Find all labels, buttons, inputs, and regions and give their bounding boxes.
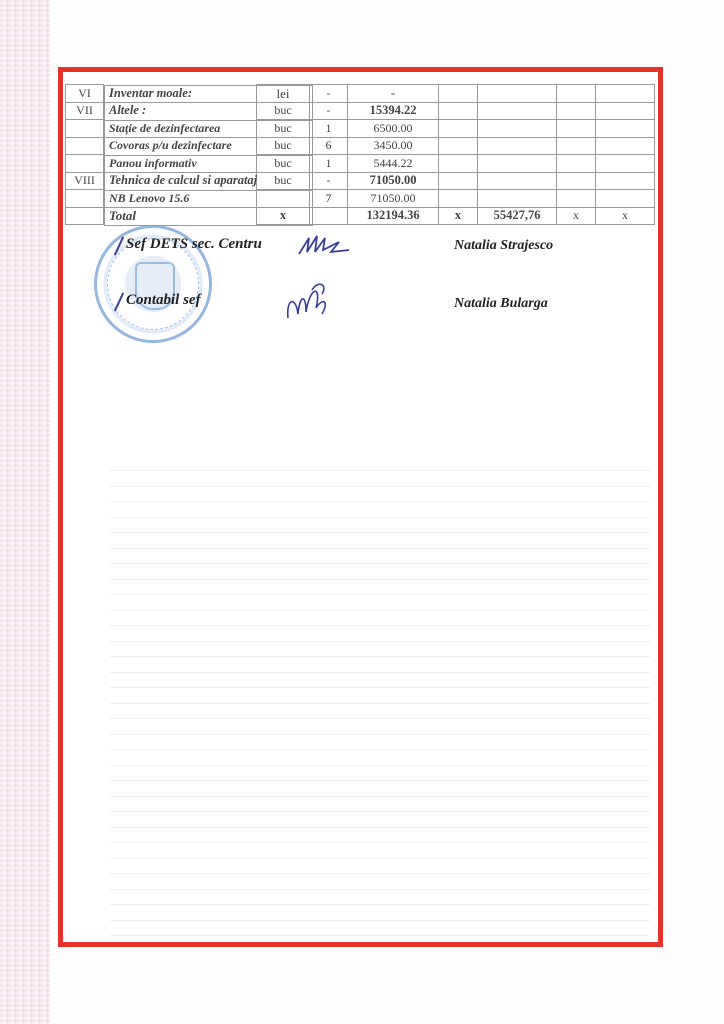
row-number: VIII <box>66 172 104 190</box>
quantity: - <box>310 102 348 120</box>
amount: 5444.22 <box>348 155 439 173</box>
col-9 <box>596 155 655 173</box>
amount: 3450.00 <box>348 137 439 155</box>
signatory-name-2: Natalia Bularga <box>454 296 548 312</box>
amount: 71050.00 <box>348 190 439 208</box>
col-9 <box>596 137 655 155</box>
scan-edge-strip <box>0 0 50 1024</box>
col-7 <box>478 85 557 103</box>
item-name: Panou informativ <box>104 155 313 174</box>
total-col-8: x <box>557 207 596 225</box>
col-6 <box>439 102 478 120</box>
table-row: VIInventar moale:lei-- <box>66 85 655 103</box>
total-qty <box>310 207 348 225</box>
row-number <box>66 190 104 208</box>
quantity: - <box>310 172 348 190</box>
col-6 <box>439 172 478 190</box>
inventory-table: VIInventar moale:lei--VIIAltele :buc-153… <box>65 84 655 225</box>
row-number <box>66 120 104 138</box>
col-9 <box>596 120 655 138</box>
col-8 <box>557 102 596 120</box>
item-name: NB Lenovo 15.6 <box>104 190 313 209</box>
amount: - <box>348 85 439 103</box>
col-7 <box>478 155 557 173</box>
signatory-name-1: Natalia Strajesco <box>454 238 553 254</box>
col-9 <box>596 102 655 120</box>
row-number: VII <box>66 102 104 120</box>
col-8 <box>557 172 596 190</box>
signature-role-1: Sef DETS sec. Centru <box>126 236 262 253</box>
row-number <box>66 137 104 155</box>
col-7 <box>478 102 557 120</box>
table-row: Panou informativbuc15444.22 <box>66 155 655 173</box>
signature-2-icon <box>282 278 342 328</box>
quantity: 1 <box>310 120 348 138</box>
total-col-9: x <box>596 207 655 225</box>
amount: 71050.00 <box>348 172 439 190</box>
col-8 <box>557 155 596 173</box>
total-col-7: 55427,76 <box>478 207 557 225</box>
quantity: 1 <box>310 155 348 173</box>
col-8 <box>557 85 596 103</box>
total-sum: 132194.36 <box>348 207 439 225</box>
col-7 <box>478 190 557 208</box>
table-row: VIIAltele :buc-15394.22 <box>66 102 655 120</box>
table-row: Covoras p/u dezinfectarebuc63450.00 <box>66 137 655 155</box>
table-row: Staţie de dezinfectareabuc16500.00 <box>66 120 655 138</box>
col-6 <box>439 137 478 155</box>
col-6 <box>439 190 478 208</box>
item-name: Staţie de dezinfectarea <box>104 120 313 139</box>
col-8 <box>557 120 596 138</box>
col-8 <box>557 190 596 208</box>
row-number <box>66 155 104 173</box>
col-9 <box>596 190 655 208</box>
quantity: 7 <box>310 190 348 208</box>
col-7 <box>478 137 557 155</box>
amount: 15394.22 <box>348 102 439 120</box>
col-9 <box>596 172 655 190</box>
table-row: VIIITehnica de calcul si aparatajbuc-710… <box>66 172 655 190</box>
total-row: Totalx132194.36x55427,76xx <box>66 207 655 225</box>
table-row: NB Lenovo 15.6771050.00 <box>66 190 655 208</box>
col-6 <box>439 120 478 138</box>
item-name: Inventar moale: <box>104 85 313 104</box>
item-name: Tehnica de calcul si aparataj <box>104 172 313 191</box>
total-label: Total <box>104 207 313 226</box>
col-8 <box>557 137 596 155</box>
row-number <box>66 207 104 225</box>
total-col-6: x <box>439 207 478 225</box>
quantity: 6 <box>310 137 348 155</box>
signature-role-2: Contabil sef <box>126 292 201 309</box>
item-name: Altele : <box>104 102 313 121</box>
col-7 <box>478 120 557 138</box>
col-6 <box>439 85 478 103</box>
col-6 <box>439 155 478 173</box>
quantity: - <box>310 85 348 103</box>
item-name: Covoras p/u dezinfectare <box>104 137 313 156</box>
col-9 <box>596 85 655 103</box>
amount: 6500.00 <box>348 120 439 138</box>
signature-1-icon <box>295 232 355 262</box>
row-number: VI <box>66 85 104 103</box>
col-7 <box>478 172 557 190</box>
